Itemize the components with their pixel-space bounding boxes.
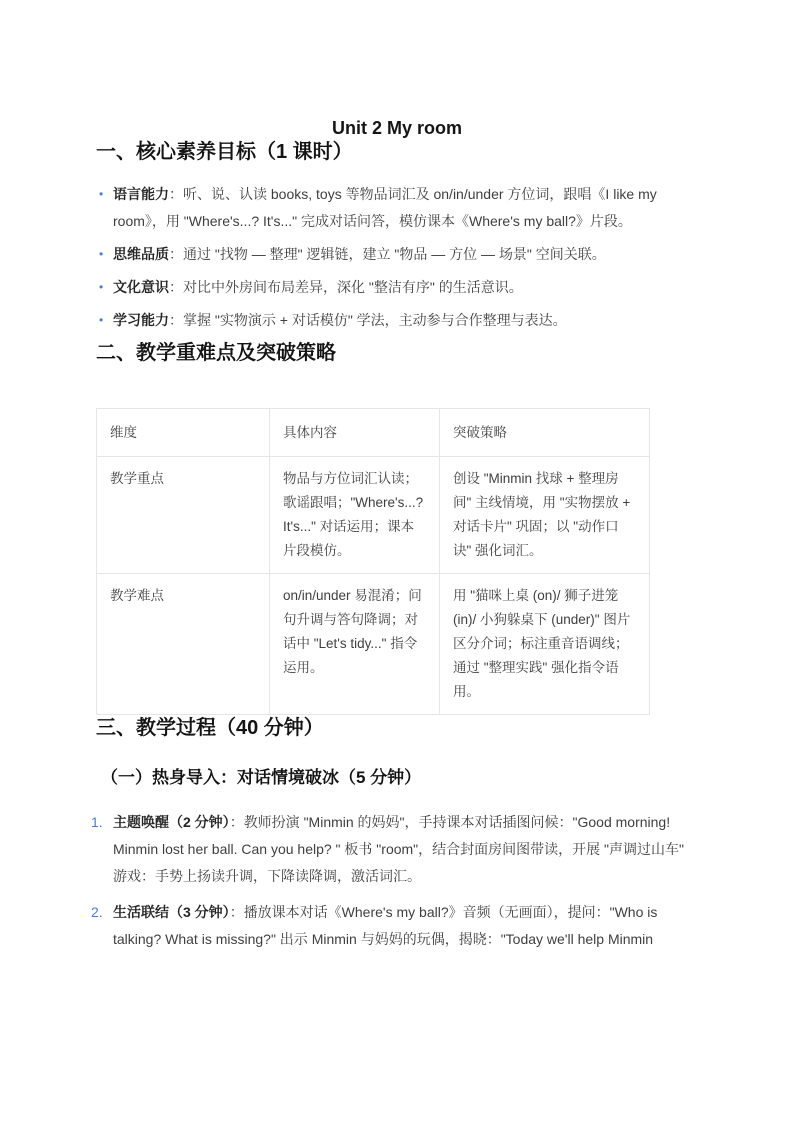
list-item-text: 思维品质：通过 "找物 — 整理" 逻辑链，建立 "物品 — 方位 — 场景" …	[113, 241, 698, 268]
item-body: 对比中外房间布局差异，深化 "整洁有序" 的生活意识。	[183, 279, 523, 295]
table-row: 教学难点 on/in/under 易混淆；问句升调与答句降调；对话中 "Let'…	[97, 574, 650, 715]
step-text: 生活联结（3 分钟）：播放课本对话《Where's my ball?》音频（无画…	[113, 899, 698, 953]
item-separator: ：	[169, 312, 183, 328]
step-separator: ：	[230, 814, 244, 830]
step-number: 2.	[91, 899, 113, 953]
step-number: 1.	[91, 809, 113, 890]
table-cell: 教学难点	[97, 574, 270, 715]
list-item: • 文化意识：对比中外房间布局差异，深化 "整洁有序" 的生活意识。	[96, 274, 698, 301]
step-label: 主题唤醒（2 分钟）	[113, 814, 230, 830]
step-text: 主题唤醒（2 分钟）：教师扮演 "Minmin 的妈妈"，手持课本对话插图问候：…	[113, 809, 698, 890]
step-item: 1. 主题唤醒（2 分钟）：教师扮演 "Minmin 的妈妈"，手持课本对话插图…	[96, 809, 698, 890]
item-body: 听、说、认读 books, toys 等物品词汇及 on/in/under 方位…	[113, 186, 657, 229]
table-header-cell: 维度	[97, 409, 270, 457]
list-item: • 语言能力：听、说、认读 books, toys 等物品词汇及 on/in/u…	[96, 181, 698, 235]
list-item: • 思维品质：通过 "找物 — 整理" 逻辑链，建立 "物品 — 方位 — 场景…	[96, 241, 698, 268]
item-label: 语言能力	[113, 186, 169, 202]
item-body: 通过 "找物 — 整理" 逻辑链，建立 "物品 — 方位 — 场景" 空间关联。	[183, 246, 606, 262]
item-label: 学习能力	[113, 312, 169, 328]
list-item: • 学习能力：掌握 "实物演示 + 对话模仿" 学法，主动参与合作整理与表达。	[96, 307, 698, 334]
document-page: Unit 2 My room 一、核心素养目标（1 课时） • 语言能力：听、说…	[0, 0, 794, 1123]
table-cell: 物品与方位词汇认读；歌谣跟唱；"Where's...? It's..." 对话运…	[270, 457, 440, 574]
step-item: 2. 生活联结（3 分钟）：播放课本对话《Where's my ball?》音频…	[96, 899, 698, 953]
heading-key-points: 二、教学重难点及突破策略	[96, 340, 698, 366]
step-separator: ：	[230, 904, 244, 920]
table-header-row: 维度 具体内容 突破策略	[97, 409, 650, 457]
item-label: 文化意识	[113, 279, 169, 295]
subheading-warmup: （一）热身导入：对话情境破冰（5 分钟）	[101, 767, 698, 789]
page-title: Unit 2 My room	[96, 0, 698, 139]
steps-list: 1. 主题唤醒（2 分钟）：教师扮演 "Minmin 的妈妈"，手持课本对话插图…	[96, 809, 698, 953]
table-header-cell: 突破策略	[440, 409, 650, 457]
table-cell: 教学重点	[97, 457, 270, 574]
document-content: Unit 2 My room 一、核心素养目标（1 课时） • 语言能力：听、说…	[0, 0, 794, 953]
item-body: 掌握 "实物演示 + 对话模仿" 学法，主动参与合作整理与表达。	[183, 312, 567, 328]
item-separator: ：	[169, 186, 183, 202]
list-item-text: 文化意识：对比中外房间布局差异，深化 "整洁有序" 的生活意识。	[113, 274, 698, 301]
bullet-icon: •	[96, 307, 113, 334]
heading-core-objectives: 一、核心素养目标（1 课时）	[96, 139, 698, 165]
table-row: 教学重点 物品与方位词汇认读；歌谣跟唱；"Where's...? It's...…	[97, 457, 650, 574]
table-header-cell: 具体内容	[270, 409, 440, 457]
bullet-icon: •	[96, 181, 113, 235]
objectives-list: • 语言能力：听、说、认读 books, toys 等物品词汇及 on/in/u…	[96, 181, 698, 334]
item-separator: ：	[169, 246, 183, 262]
heading-teaching-process: 三、教学过程（40 分钟）	[96, 715, 698, 741]
step-label: 生活联结（3 分钟）	[113, 904, 230, 920]
list-item-text: 语言能力：听、说、认读 books, toys 等物品词汇及 on/in/und…	[113, 181, 698, 235]
table-cell: on/in/under 易混淆；问句升调与答句降调；对话中 "Let's tid…	[270, 574, 440, 715]
item-label: 思维品质	[113, 246, 169, 262]
key-points-table: 维度 具体内容 突破策略 教学重点 物品与方位词汇认读；歌谣跟唱；"Where'…	[96, 408, 650, 715]
bullet-icon: •	[96, 241, 113, 268]
bullet-icon: •	[96, 274, 113, 301]
item-separator: ：	[169, 279, 183, 295]
table-cell: 创设 "Minmin 找球 + 整理房间" 主线情境，用 "实物摆放 + 对话卡…	[440, 457, 650, 574]
table-cell: 用 "猫咪上桌 (on)/ 狮子进笼 (in)/ 小狗躲桌下 (under)" …	[440, 574, 650, 715]
list-item-text: 学习能力：掌握 "实物演示 + 对话模仿" 学法，主动参与合作整理与表达。	[113, 307, 698, 334]
